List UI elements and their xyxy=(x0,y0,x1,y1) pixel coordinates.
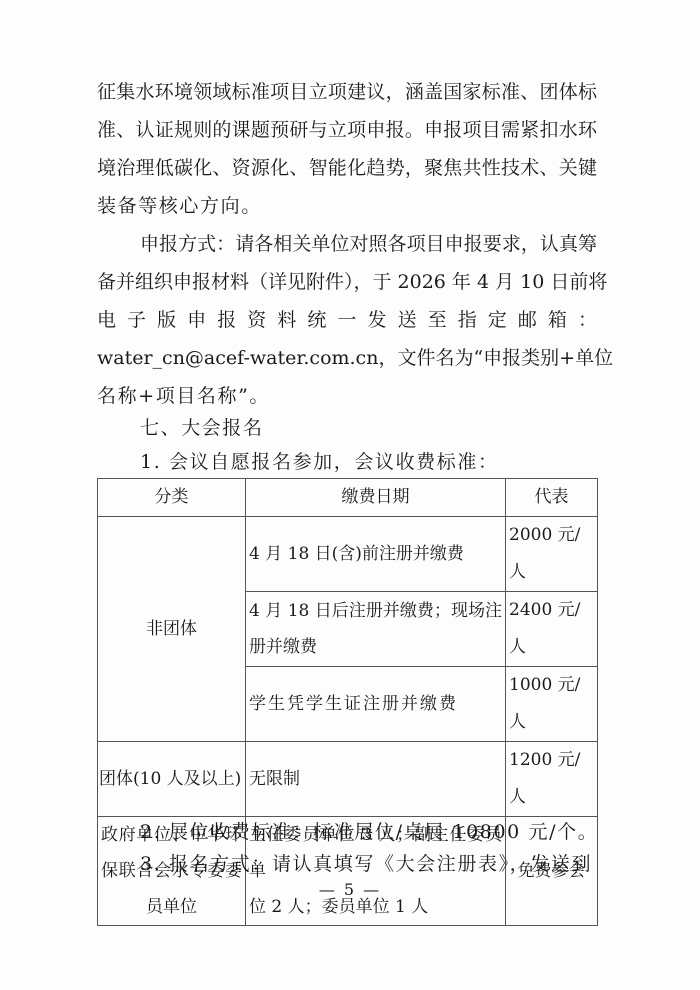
paragraph-line: 装备等核心方向。 xyxy=(97,194,597,218)
list-item-2: 2. 展位收费标准：标准展位/桌展 10800 元/个。 xyxy=(140,820,640,844)
paragraph-line: 名称+项目名称”。 xyxy=(97,384,597,408)
category-cell: 团体(10 人及以上) xyxy=(98,742,246,817)
category-cell: 非团体 xyxy=(98,517,246,742)
paragraph-line: 征集水环境领域标准项目立项建议，涵盖国家标准、团体标 xyxy=(97,80,597,104)
period-line: 4 月 18 日后注册并缴费；现场注 xyxy=(249,593,502,629)
list-item-3: 3. 报名方式：请认真填写《大会注册表》，发送到 xyxy=(140,852,640,876)
header-category: 分类 xyxy=(98,479,246,517)
document-page: 征集水环境领域标准项目立项建议，涵盖国家标准、团体标 准、认证规则的课题预研与立… xyxy=(0,0,700,990)
period-cell: 无限制 xyxy=(246,742,506,817)
page-number: — 5 — xyxy=(0,880,700,899)
fee-cell: 2000 元/人 xyxy=(506,517,598,592)
table-header-row: 分类 缴费日期 代表 xyxy=(98,479,598,517)
fee-cell: 1000 元/人 xyxy=(506,667,598,742)
fee-cell: 1200 元/人 xyxy=(506,742,598,817)
header-period: 缴费日期 xyxy=(246,479,506,517)
section-heading: 七、大会报名 xyxy=(140,416,640,440)
email-line: water_cn@acef-water.com.cn，文件名为“申报类别+单位 xyxy=(97,346,597,370)
table-row: 团体(10 人及以上) 无限制 1200 元/人 xyxy=(98,742,598,817)
period-line: 册并缴费 xyxy=(249,629,502,665)
paragraph-line: 准、认证规则的课题预研与立项申报。申报项目需紧扣水环 xyxy=(97,118,597,142)
paragraph-line: 电子版申报资料统一发送至指定邮箱： xyxy=(97,308,597,332)
period-cell: 学生凭学生证注册并缴费 xyxy=(246,667,506,742)
list-item-1: 1. 会议自愿报名参加，会议收费标准： xyxy=(140,450,640,474)
paragraph-line: 备并组织申报材料（详见附件），于 2026 年 4 月 10 日前将 xyxy=(97,270,597,294)
paragraph-line: 申报方式：请各相关单位对照各项目申报要求，认真筹 xyxy=(140,232,597,256)
period-cell: 4 月 18 日(含)前注册并缴费 xyxy=(246,517,506,592)
table-row: 非团体 4 月 18 日(含)前注册并缴费 2000 元/人 xyxy=(98,517,598,592)
header-fee: 代表 xyxy=(506,479,598,517)
period-cell: 4 月 18 日后注册并缴费；现场注 册并缴费 xyxy=(246,592,506,667)
fee-cell: 2400 元/人 xyxy=(506,592,598,667)
paragraph-line: 境治理低碳化、资源化、智能化趋势，聚焦共性技术、关键 xyxy=(97,156,597,180)
